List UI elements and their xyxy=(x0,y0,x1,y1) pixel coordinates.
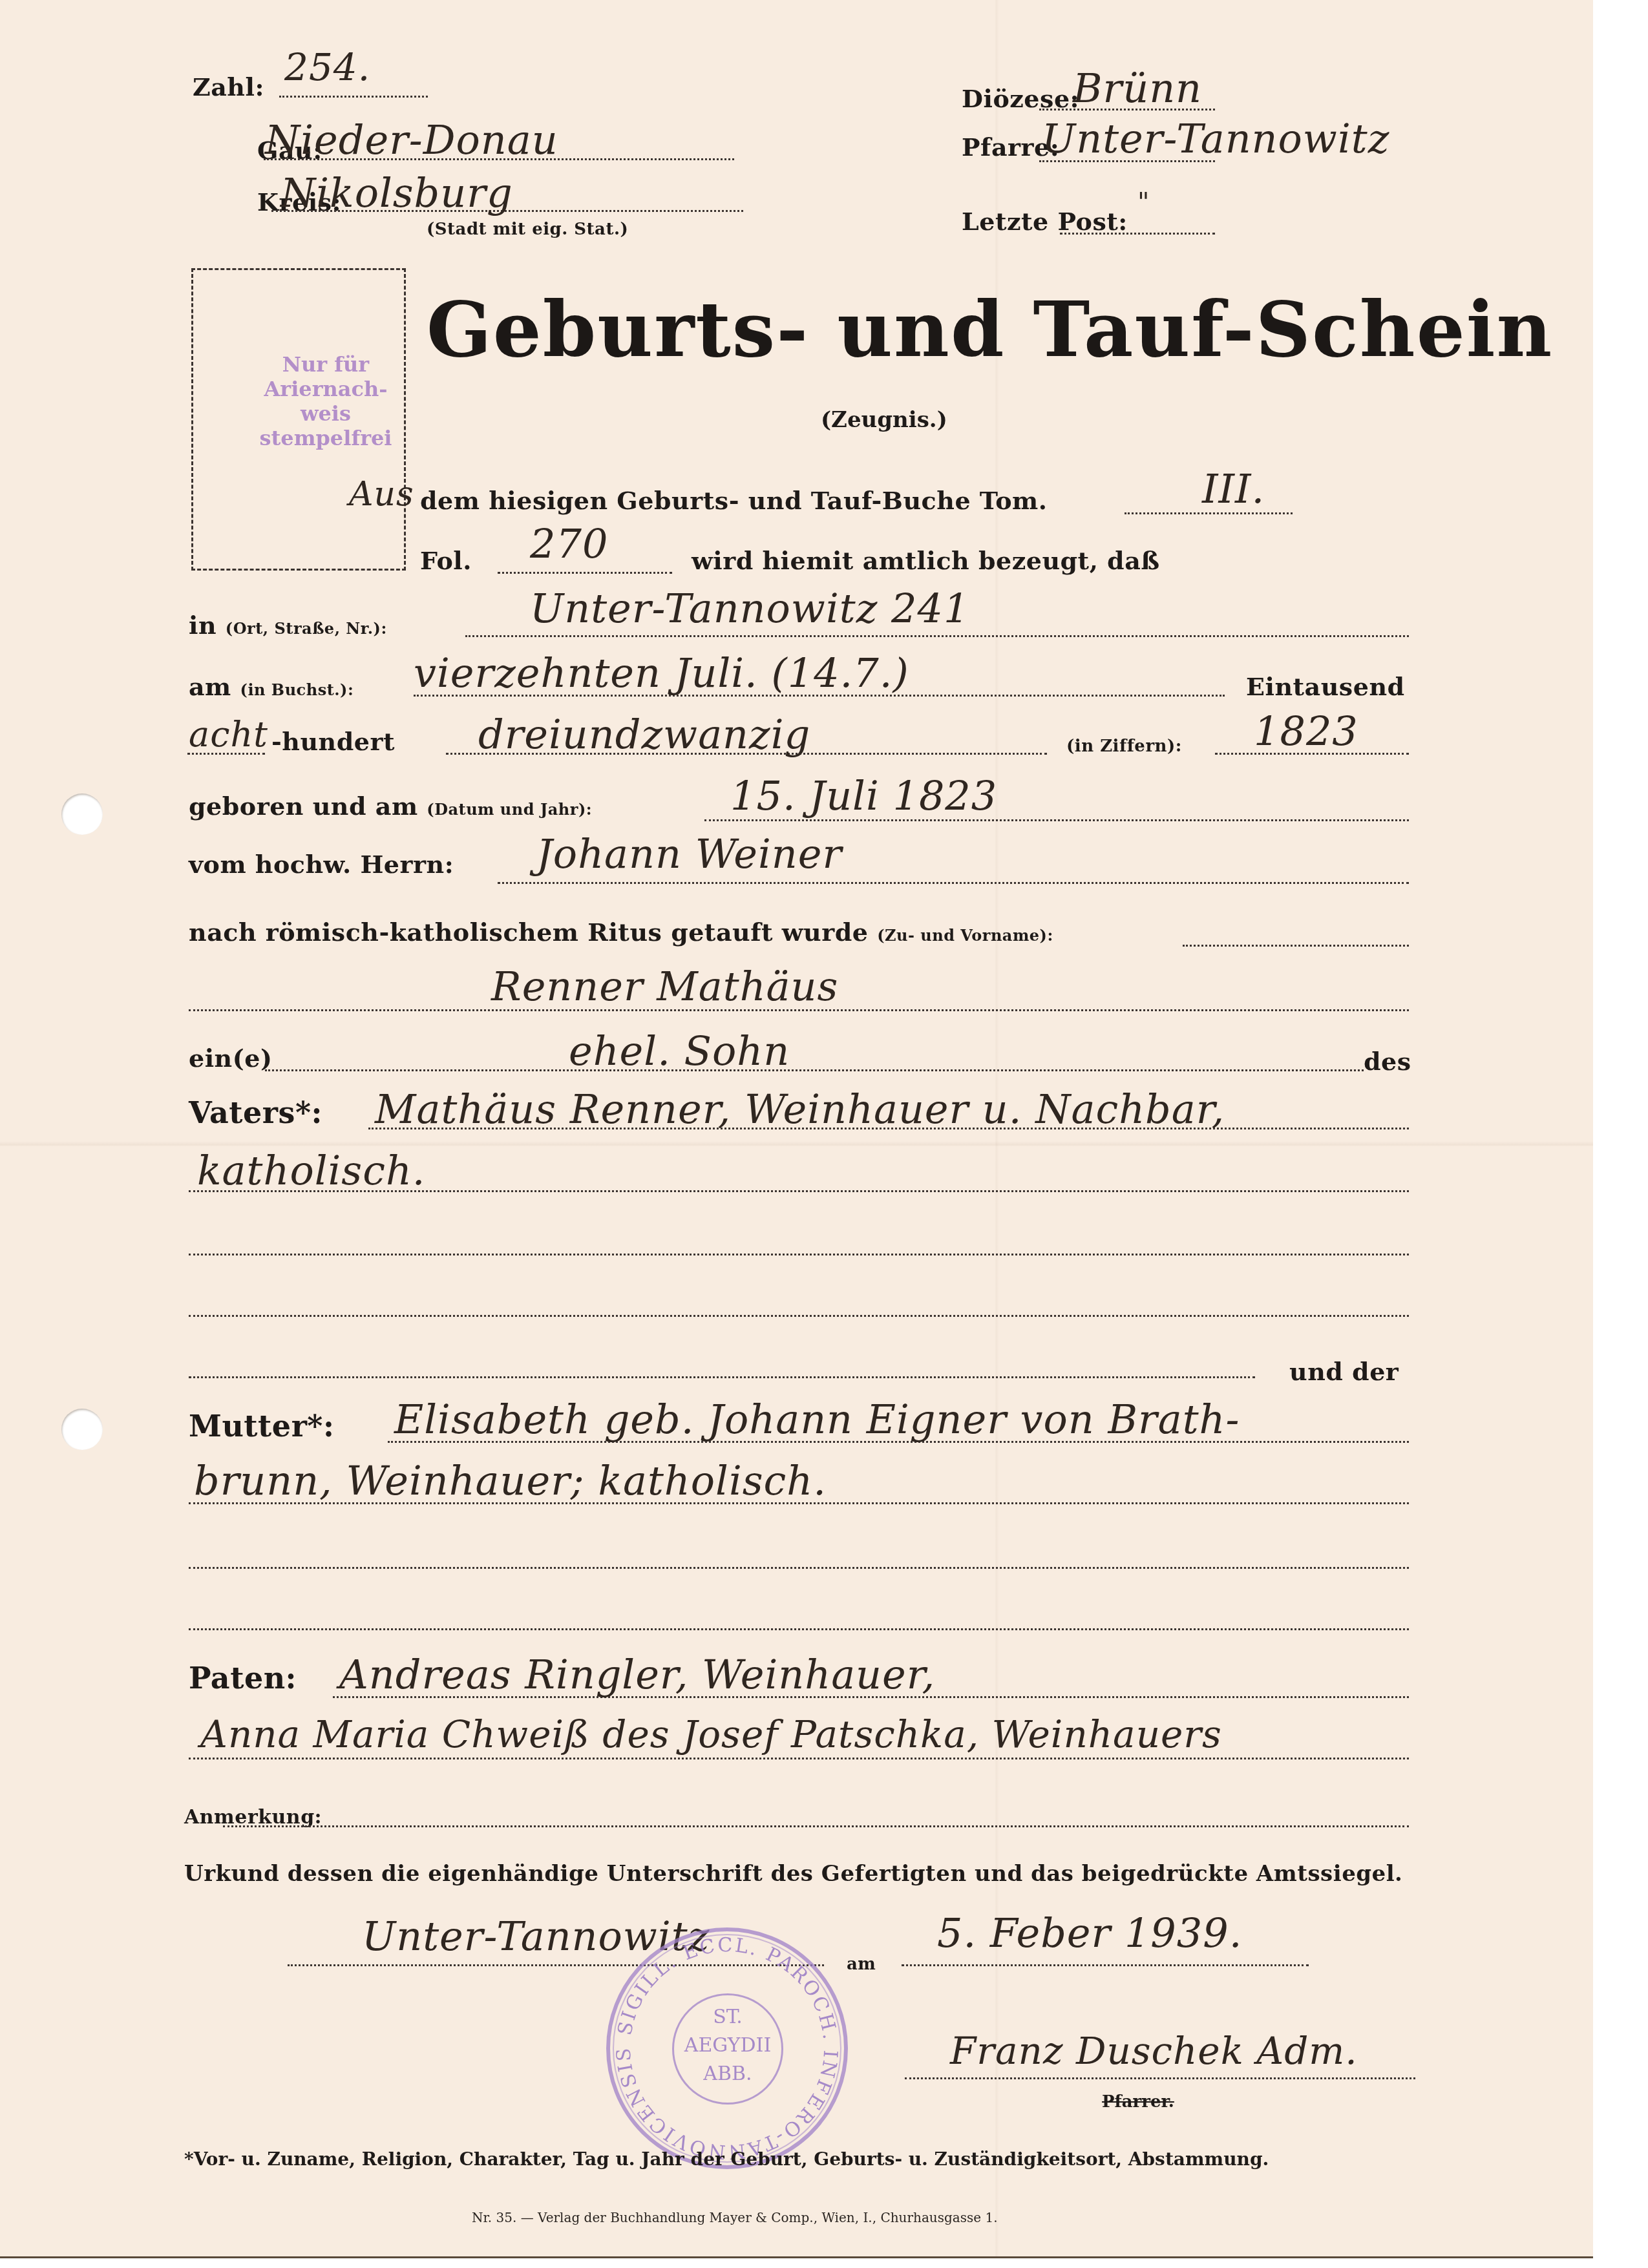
am-value: vierzehnten Juli. (14.7.) xyxy=(414,649,909,697)
in-label-text: in xyxy=(189,611,217,640)
in-value: Unter-Tannowitz 241 xyxy=(530,585,969,632)
vater-label: Vaters*: xyxy=(189,1095,322,1130)
paten-value-line1: Andreas Ringler, Weinhauer, xyxy=(339,1651,935,1698)
in-label-note: (Ort, Straße, Nr.): xyxy=(226,619,387,638)
seal-line-3: ABB. xyxy=(672,2060,783,2088)
dioezese-value: Brünn xyxy=(1073,65,1202,112)
mutter-line-4 xyxy=(189,1628,1409,1630)
am-label: am (in Buchst.): xyxy=(189,672,354,701)
signature-line xyxy=(905,2077,1415,2079)
tom-line xyxy=(1125,512,1293,514)
ein-value: ehel. Sohn xyxy=(569,1027,790,1075)
zahl-label: Zahl: xyxy=(193,72,264,101)
eintausend-label: Eintausend xyxy=(1246,672,1405,701)
tom-value: III. xyxy=(1202,465,1265,512)
kreis-note: (Stadt mit eig. Stat.) xyxy=(427,220,628,239)
am-label-note: (in Buchst.): xyxy=(240,680,354,699)
paten-value-line2: Anna Maria Chweiß des Josef Patschka, We… xyxy=(200,1712,1222,1756)
vater-line-5 xyxy=(189,1376,1255,1378)
paten-label: Paten: xyxy=(189,1661,297,1696)
zahl-line xyxy=(279,96,428,98)
date-am-label: am xyxy=(847,1955,876,1974)
in-label: in (Ort, Straße, Nr.): xyxy=(189,611,387,640)
stamp-line-4: stempelfrei xyxy=(255,426,397,450)
fol-value: 270 xyxy=(530,520,608,567)
date-value: 5. Feber 1939. xyxy=(937,1909,1242,1957)
vater-value-line2: katholisch. xyxy=(197,1147,426,1194)
aus-handwritten: Aus xyxy=(349,475,414,514)
des-label: des xyxy=(1364,1047,1411,1076)
pfarre-value: Unter-Tannowitz xyxy=(1042,115,1389,162)
ziffern-note: (in Ziffern): xyxy=(1066,737,1182,756)
stamp-line-1: Nur für xyxy=(255,352,397,377)
hundert-year-value: dreiundzwanzig xyxy=(478,711,810,758)
seal-line-1: ST. xyxy=(672,2003,783,2032)
punch-hole-upper xyxy=(61,793,103,835)
letzte-post-line xyxy=(1060,233,1215,235)
signature-value: Franz Duschek Adm. xyxy=(950,2029,1358,2073)
ziffern-value: 1823 xyxy=(1254,708,1358,755)
ein-line xyxy=(265,1069,1364,1071)
anmerkung-line xyxy=(223,1825,1409,1827)
priest-label: vom hochw. Herrn: xyxy=(189,850,454,879)
fol-label: Fol. xyxy=(420,546,472,575)
geboren-line xyxy=(704,819,1409,821)
mutter-value-line1: Elisabeth geb. Johann Eigner von Brath- xyxy=(394,1396,1240,1443)
attestation-text: Urkund dessen die eigenhändige Unterschr… xyxy=(184,1861,1402,1887)
zahl-value: 254. xyxy=(284,45,370,89)
hundert-label: -hundert xyxy=(271,727,395,756)
fol-line xyxy=(498,572,672,574)
vater-line-4 xyxy=(189,1315,1409,1317)
signature-role: Pfarrer. xyxy=(1102,2092,1174,2112)
date-line xyxy=(902,1964,1309,1966)
gau-value: Nieder-Donau xyxy=(265,116,558,163)
certificate-paper: Zahl: 254. Gau: Nieder-Donau Kreis: Niko… xyxy=(0,0,1593,2258)
punch-hole-lower xyxy=(61,1409,103,1450)
in-line xyxy=(465,635,1409,637)
geboren-label-note: (Datum und Jahr): xyxy=(427,800,592,819)
vater-value-line1: Mathäus Renner, Weinhauer u. Nachbar, xyxy=(375,1086,1225,1133)
footnote: *Vor- u. Zuname, Religion, Charakter, Ta… xyxy=(184,2148,1269,2170)
publisher-imprint: Nr. 35. — Verlag der Buchhandlung Mayer … xyxy=(472,2210,998,2225)
vater-line-3 xyxy=(189,1254,1409,1255)
mutter-label: Mutter*: xyxy=(189,1409,334,1444)
ritus-line xyxy=(1183,945,1409,947)
seal-center-text: ST. AEGYDII ABB. xyxy=(672,2003,783,2088)
child-name-value: Renner Mathäus xyxy=(491,963,838,1010)
ein-label: ein(e) xyxy=(189,1044,272,1073)
letzte-post-label: Letzte Post: xyxy=(962,207,1128,236)
document-title: Geburts- und Tauf-Schein xyxy=(427,284,1553,374)
document-subtitle: (Zeugnis.) xyxy=(821,407,947,433)
ritus-label: nach römisch-katholischem Ritus getauft … xyxy=(189,918,1053,947)
kreis-value: Nikolsburg xyxy=(280,169,513,216)
register-line-2: wird hiemit amtlich bezeugt, daß xyxy=(692,546,1160,575)
stamp-line-2: Ariernach- xyxy=(255,377,397,401)
hundert-prefix-line xyxy=(187,753,265,755)
letzte-post-value: " xyxy=(1137,187,1150,217)
register-line-1: dem hiesigen Geburts- und Tauf-Buche Tom… xyxy=(420,486,1047,515)
und-der-label: und der xyxy=(1289,1357,1399,1386)
geboren-label: geboren und am (Datum und Jahr): xyxy=(189,792,592,821)
stamp-line-3: weis xyxy=(255,401,397,426)
ritus-label-text: nach römisch-katholischem Ritus getauft … xyxy=(189,918,868,947)
seal-line-2: AEGYDII xyxy=(672,2032,783,2060)
ritus-label-note: (Zu- und Vorname): xyxy=(877,926,1053,945)
paten-line-2 xyxy=(189,1758,1409,1759)
ariernachweis-stamp: Nur für Ariernach- weis stempelfrei xyxy=(255,352,397,450)
priest-line xyxy=(498,882,1409,884)
mutter-line-3 xyxy=(189,1567,1409,1569)
geboren-value: 15. Juli 1823 xyxy=(730,772,997,819)
priest-value: Johann Weiner xyxy=(536,830,842,877)
am-label-text: am xyxy=(189,672,231,701)
hundert-value: acht xyxy=(189,714,268,755)
geboren-label-text: geboren und am xyxy=(189,792,418,821)
mutter-value-line2: brunn, Weinhauer; katholisch. xyxy=(194,1457,827,1504)
